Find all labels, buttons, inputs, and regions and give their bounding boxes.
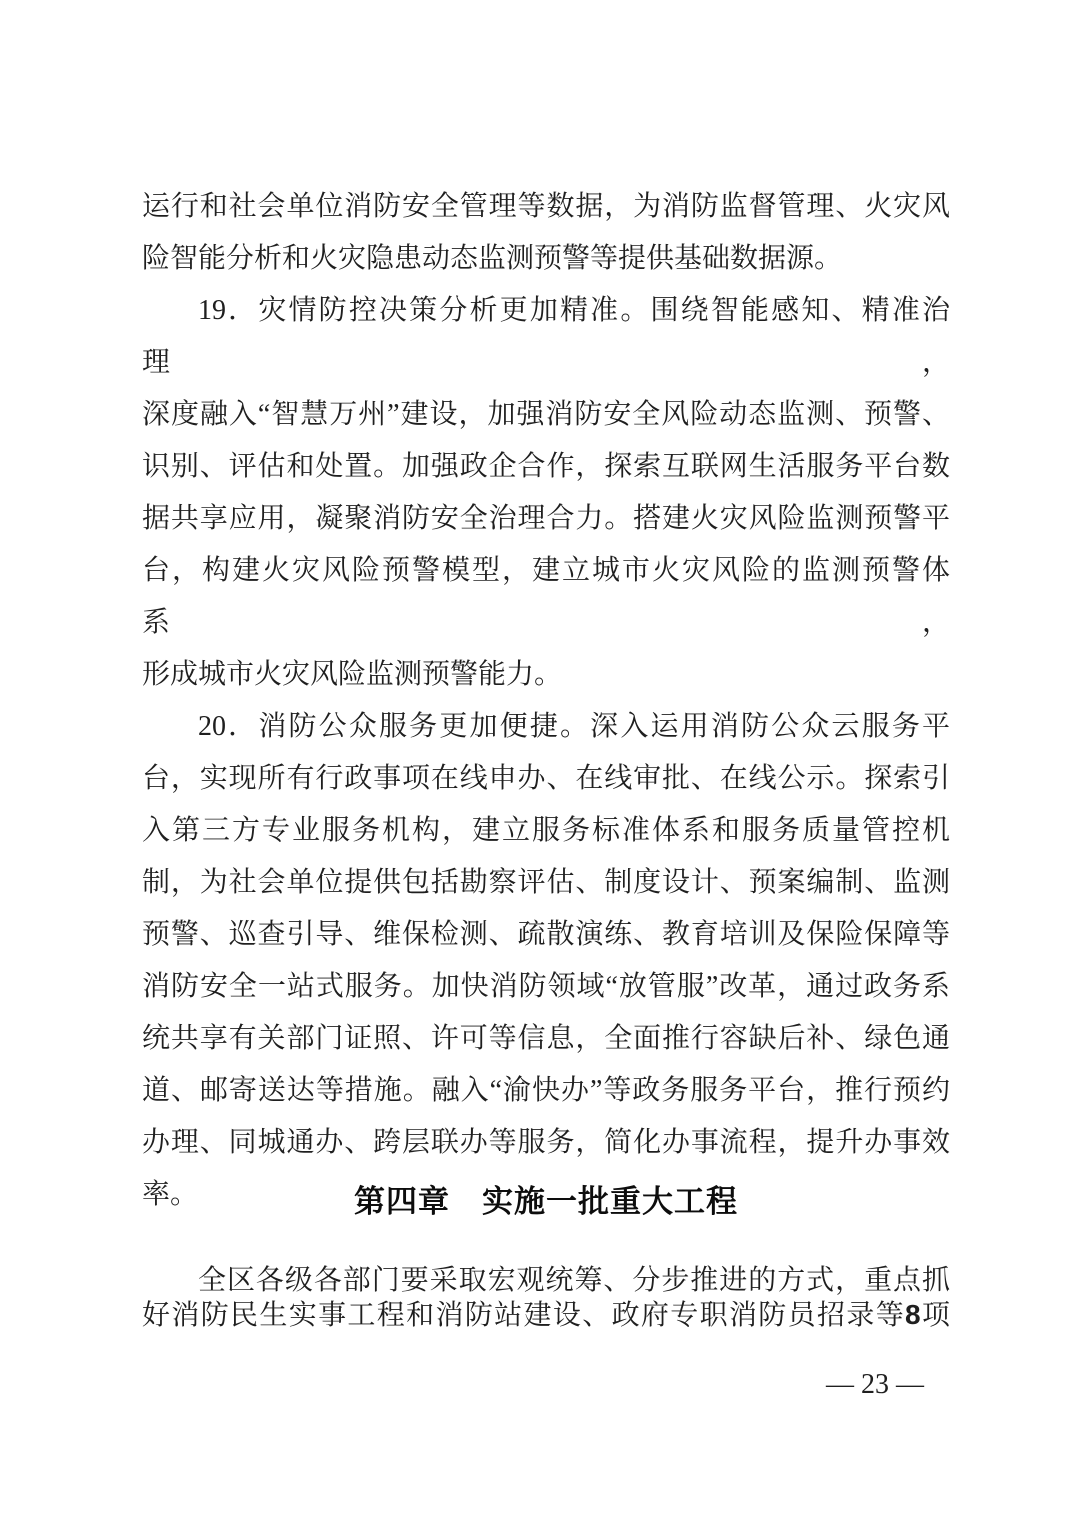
text-line: 识别、评估和处置。加强政企合作，探索互联网生活服务平台数	[142, 441, 950, 493]
text-line: 道、邮寄送达等措施。融入“渝快办”等政务服务平台，推行预约	[142, 1065, 950, 1117]
text-run: 制，为社会单位提供包括勘察评估、制度设计、预案编制、监测	[142, 867, 950, 898]
text-run: 20．消防公众服务更加便捷。深入运用消防公众云服务平	[198, 711, 950, 742]
chapter-heading: 第四章 实施一批重大工程	[142, 1176, 950, 1228]
text-line: 险智能分析和火灾隐患动态监测预警等提供基础数据源。	[142, 233, 950, 285]
text-line: 台，实现所有行政事项在线申办、在线审批、在线公示。探索引	[142, 753, 950, 805]
highlighted-number: 8	[905, 1299, 921, 1330]
closing-paragraph: 全区各级各部门要采取宏观统筹、分步推进的方式，重点抓好消防民生实事工程和消防站建…	[142, 1264, 950, 1333]
text-line: 消防安全一站式服务。加快消防领域“放管服”改革，通过政务系	[142, 961, 950, 1013]
text-line: 据共享应用，凝聚消防安全治理合力。搭建火灾风险监测预警平	[142, 493, 950, 545]
text-line: 全区各级各部门要采取宏观统筹、分步推进的方式，重点抓	[142, 1264, 950, 1298]
text-run: 识别、评估和处置。加强政企合作，探索互联网生活服务平台数	[142, 451, 950, 482]
text-run: 据共享应用，凝聚消防安全治理合力。搭建火灾风险监测预警平	[142, 503, 950, 534]
text-line: 台，构建火灾风险预警模型，建立城市火灾风险的监测预警体系，	[142, 545, 950, 649]
text-run: 入第三方专业服务机构，建立服务标准体系和服务质量管控机	[142, 815, 950, 846]
text-line: 预警、巡查引导、维保检测、疏散演练、教育培训及保险保障等	[142, 909, 950, 961]
text-run: 统共享有关部门证照、许可等信息，全面推行容缺后补、绿色通	[142, 1023, 950, 1054]
text-line: 办理、同城通办、跨层联办等服务，简化办事流程，提升办事效	[142, 1117, 950, 1169]
text-run: 险智能分析和火灾隐患动态监测预警等提供基础数据源。	[142, 243, 842, 274]
text-run: 运行和社会单位消防安全管理等数据，为消防监督管理、火灾风	[142, 191, 950, 222]
text-line: 形成城市火灾风险监测预警能力。	[142, 649, 950, 701]
page-number: — 23 —	[826, 1368, 924, 1402]
body-text-block: 运行和社会单位消防安全管理等数据，为消防监督管理、火灾风险智能分析和火灾隐患动态…	[142, 181, 950, 1221]
text-line: 深度融入“智慧万州”建设，加强消防安全风险动态监测、预警、	[142, 389, 950, 441]
text-line: 统共享有关部门证照、许可等信息，全面推行容缺后补、绿色通	[142, 1013, 950, 1065]
text-run: 台，构建火灾风险预警模型，建立城市火灾风险的监测预警体系，	[142, 555, 950, 638]
text-line: 运行和社会单位消防安全管理等数据，为消防监督管理、火灾风	[142, 181, 950, 233]
text-run: 全区各级各部门要采取宏观统筹、分步推进的方式，重点抓	[198, 1265, 950, 1296]
page-number-text: — 23 —	[826, 1369, 924, 1400]
text-run: 消防安全一站式服务。加快消防领域“放管服”改革，通过政务系	[142, 971, 950, 1002]
text-run: 台，实现所有行政事项在线申办、在线审批、在线公示。探索引	[142, 763, 950, 794]
text-line: 好消防民生实事工程和消防站建设、政府专职消防员招录等8项	[142, 1298, 950, 1333]
text-line: 20．消防公众服务更加便捷。深入运用消防公众云服务平	[142, 701, 950, 753]
text-line: 制，为社会单位提供包括勘察评估、制度设计、预案编制、监测	[142, 857, 950, 909]
text-line: 19．灾情防控决策分析更加精准。围绕智能感知、精准治理，	[142, 285, 950, 389]
text-run: 项	[921, 1300, 950, 1331]
text-run: 预警、巡查引导、维保检测、疏散演练、教育培训及保险保障等	[142, 919, 950, 950]
text-run: 道、邮寄送达等措施。融入“渝快办”等政务服务平台，推行预约	[142, 1075, 950, 1106]
document-page: 运行和社会单位消防安全管理等数据，为消防监督管理、火灾风险智能分析和火灾隐患动态…	[0, 0, 1074, 1520]
text-run: 办理、同城通办、跨层联办等服务，简化办事流程，提升办事效	[142, 1127, 950, 1158]
text-line: 入第三方专业服务机构，建立服务标准体系和服务质量管控机	[142, 805, 950, 857]
text-run: 好消防民生实事工程和消防站建设、政府专职消防员招录等	[142, 1300, 905, 1331]
text-run: 形成城市火灾风险监测预警能力。	[142, 659, 562, 690]
text-run: 深度融入“智慧万州”建设，加强消防安全风险动态监测、预警、	[142, 399, 950, 430]
text-run: 19．灾情防控决策分析更加精准。围绕智能感知、精准治理，	[142, 295, 950, 378]
